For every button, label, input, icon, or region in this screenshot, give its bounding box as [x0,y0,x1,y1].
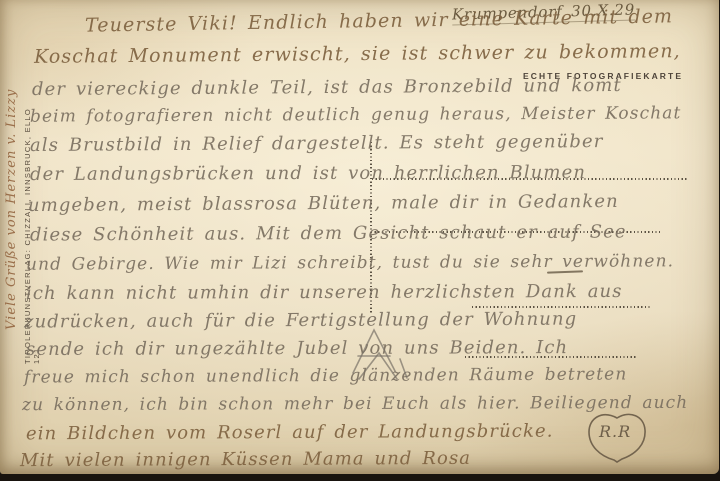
side-note-handwriting: Viele Grüße von Herzen v. Lizzy [4,89,19,330]
message-line: diese Schönheit aus. Mit dem Gesicht sch… [30,221,627,245]
message-line: ein Bildchen vom Roserl auf der Landungs… [26,421,554,445]
pencil-scribble-icon [345,323,417,385]
message-line: Mit vielen innigen Küssen Mama und Rosa [20,448,471,471]
sehr-underline-mark [547,270,583,273]
message-line: Teuerste Viki! Endlich haben wir eine Ka… [85,5,673,36]
message-line: zudrücken, auch für die Fertigstellung d… [24,309,577,333]
postcard-back: ECHTE FOTOGRAFIEKARTE TIROLERKUNSTVERLAG… [0,0,719,474]
message-line: Koschat Monument erwischt, sie ist schwe… [34,40,681,68]
photo-of-postcard-back: { "postcard": { "date_note": "Krumpendor… [0,0,720,481]
rr-monogram: R.R [584,410,650,466]
rr-monogram-text: R.R [599,422,631,441]
message-line: ich kann nicht umhin dir unseren herzlic… [26,281,623,304]
message-line: der Landungsbrücken und ist von herrlich… [30,162,586,185]
message-line: umgeben, meist blassrosa Blüten, male di… [28,191,619,216]
message-line: freue mich schon unendlich die glänzende… [24,364,627,387]
photo-edge [0,474,720,481]
message-line: beim fotografieren nicht deutlich genug … [30,103,682,126]
message-line: als Brustbild in Relief dargestellt. Es … [30,131,604,156]
message-line: der viereckige dunkle Teil, ist das Bron… [32,75,622,100]
message-line: sende ich dir ungezählte Jubel von uns B… [26,337,568,360]
